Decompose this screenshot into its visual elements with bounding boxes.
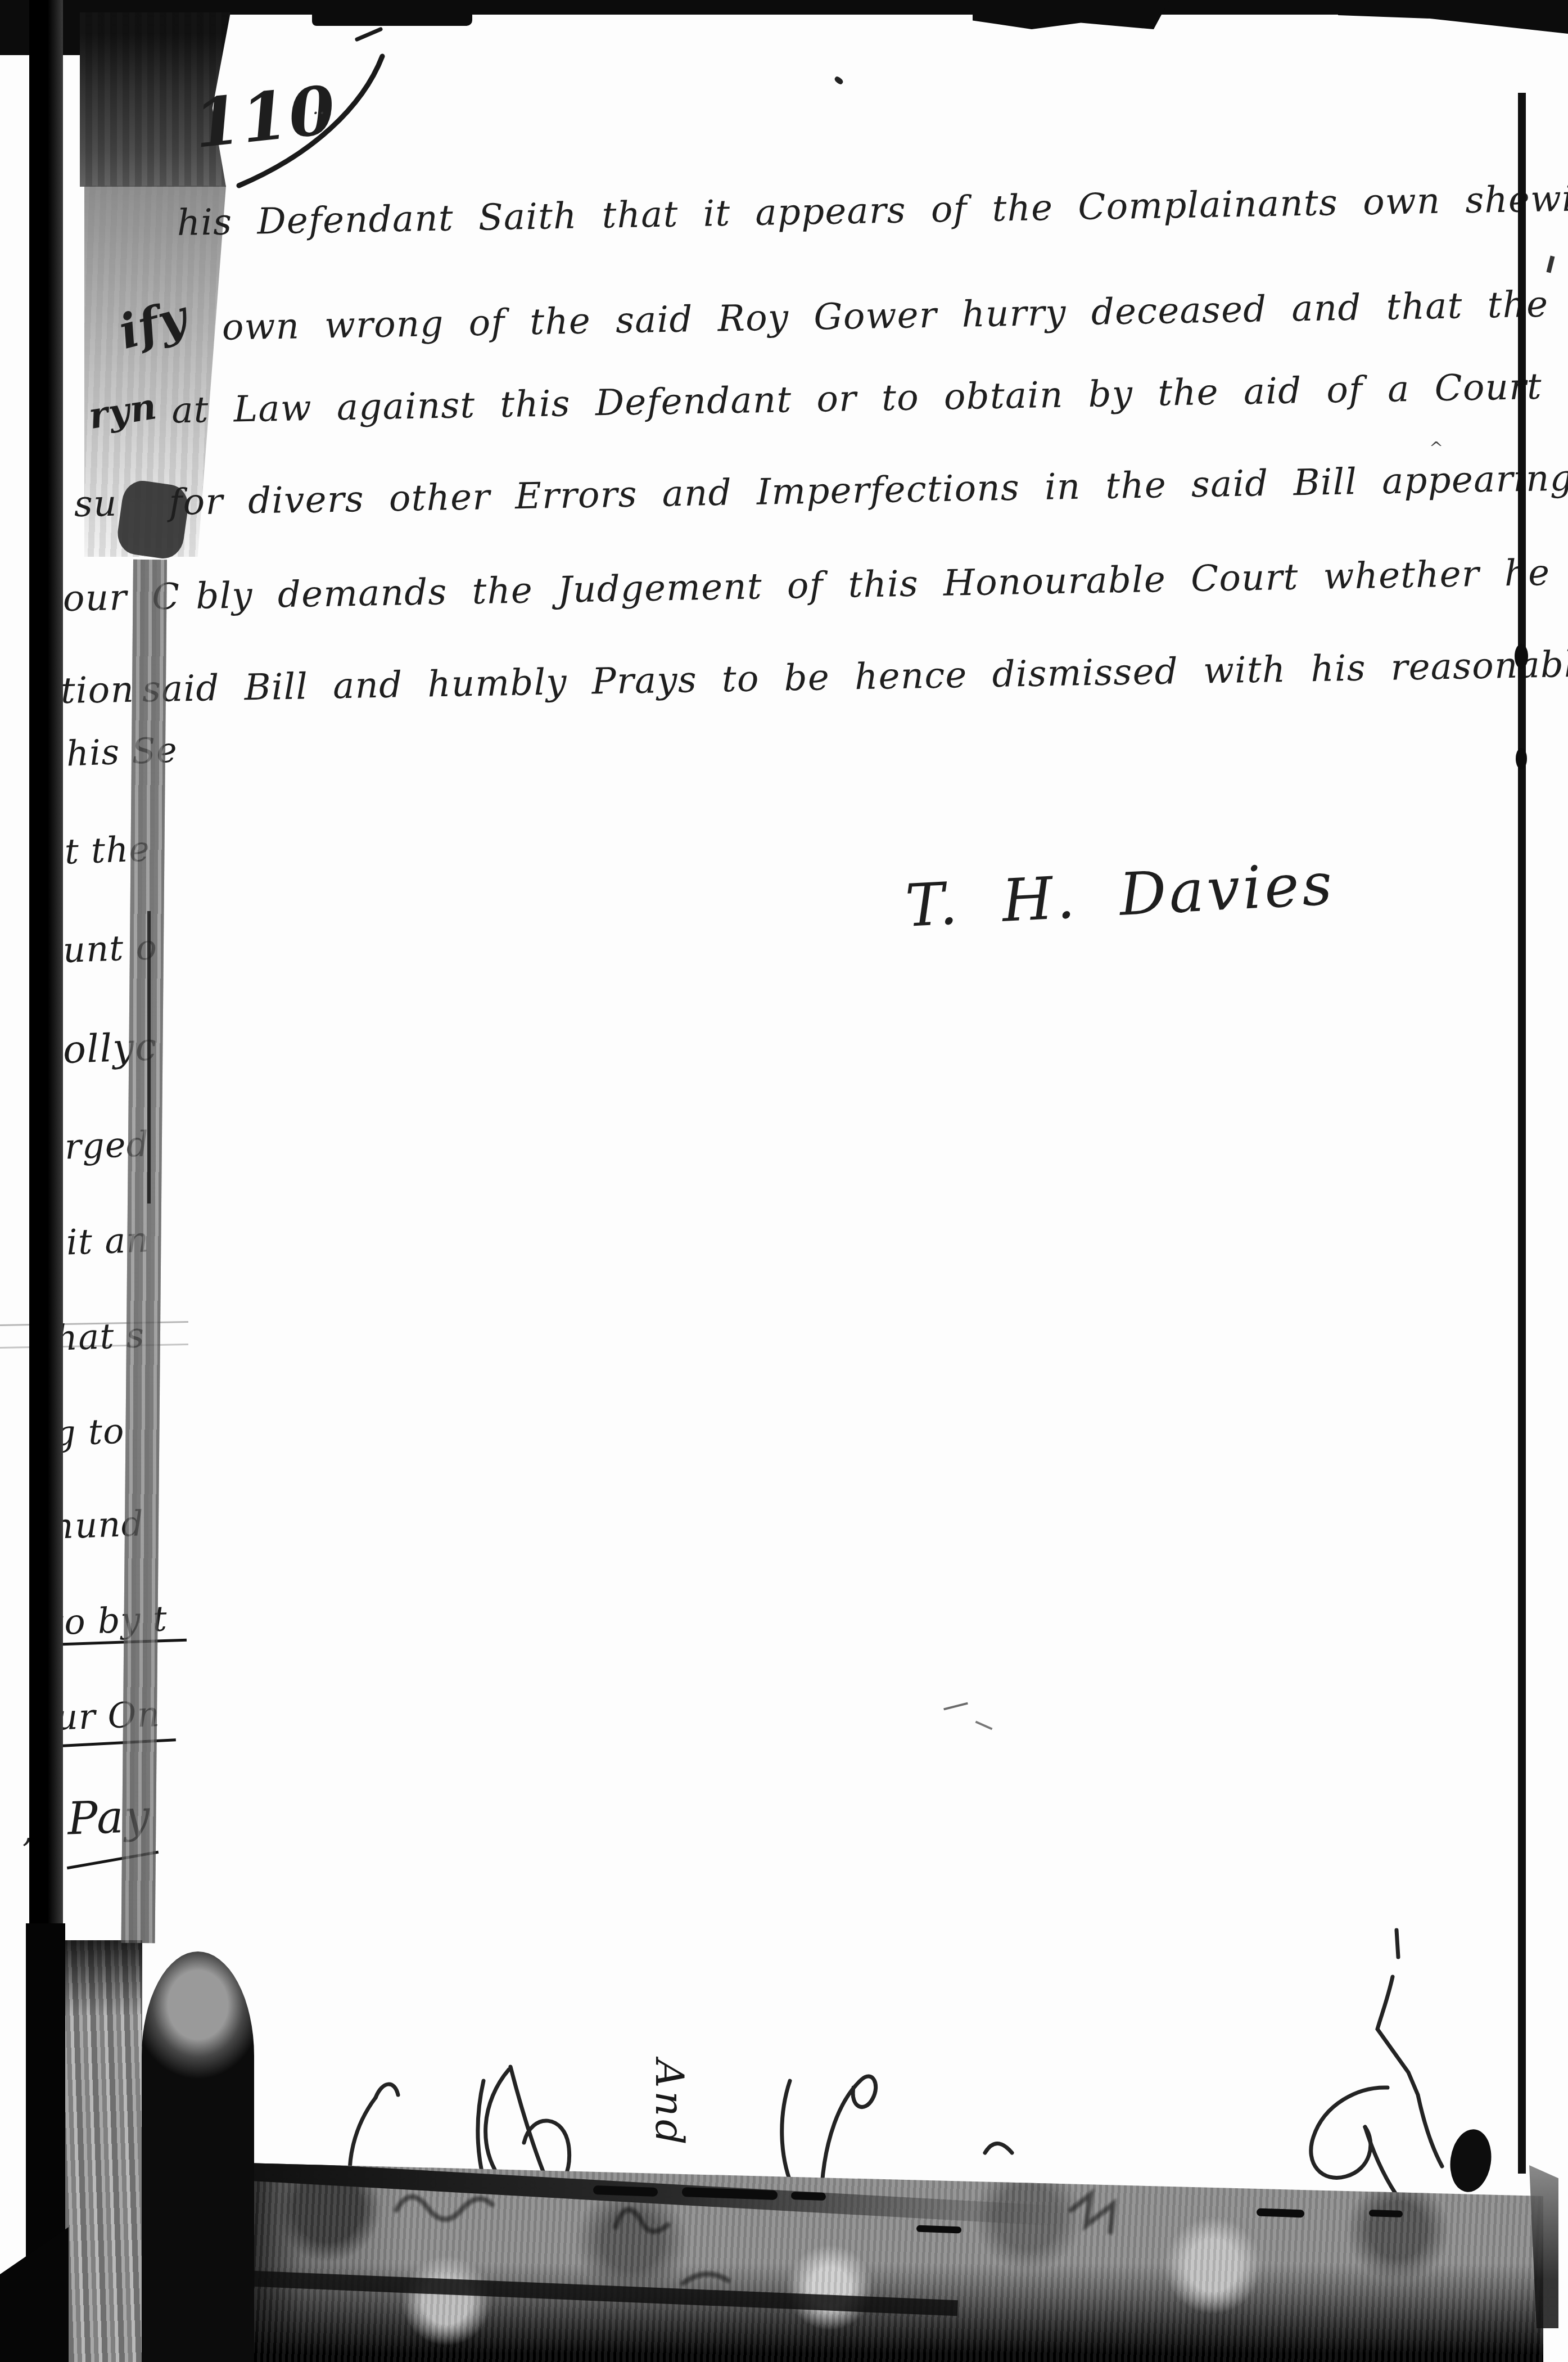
- ink-dash: [1369, 2210, 1403, 2217]
- handwriting-line-text: bly demands the Judgement of this Honour…: [196, 551, 1568, 617]
- handwriting-line-text: said Bill and humbly Prays to be hence d…: [142, 642, 1568, 710]
- scan-edge-top: [0, 0, 1568, 15]
- ink-speck: [1546, 255, 1555, 273]
- handwriting-line: sufor divers other Errors and Imperfecti…: [74, 456, 1568, 525]
- handwriting-line: tionsaid Bill and humbly Prays to be hen…: [60, 642, 1568, 712]
- pencil-tick-mark: [943, 1702, 968, 1711]
- page-number-flourish: [214, 22, 427, 202]
- ink-speck: [834, 75, 844, 85]
- page-edge-rule: [1518, 93, 1526, 2174]
- handwriting-line: rynat Law against this Defendant or to o…: [88, 363, 1568, 433]
- ink-blot: [1515, 644, 1528, 669]
- cut-off-word-and: And: [647, 2059, 693, 2148]
- handwriting-line-text: for divers other Errors and Imperfection…: [169, 456, 1568, 524]
- insertion-caret-mark: ^: [1429, 439, 1444, 458]
- ink-blot: [1516, 748, 1527, 769]
- handwriting-line-text: own wrong of the said Roy Gower hurry de…: [222, 282, 1568, 348]
- handwriting-line: our Cbly demands the Judgement of this H…: [62, 551, 1568, 620]
- handwriting-line-text: at Law against this Defendant or to obta…: [171, 363, 1568, 432]
- manuscript-scan-page: 110 ·· his Defendant Saith that it appea…: [0, 0, 1568, 2362]
- book-clamp-shape: [142, 1951, 254, 2362]
- handwriting-line-fragment: ify: [113, 289, 193, 360]
- ink-dash: [1257, 2208, 1304, 2218]
- page-fold-crack: [147, 911, 151, 1203]
- scan-edge-top-right-wedge: [1338, 0, 1568, 34]
- handwriting-line-fragment: su: [74, 483, 118, 525]
- handwriting-line: ifyown wrong of the said Roy Gower hurry…: [119, 270, 1568, 353]
- signature: T. H. Davies: [903, 849, 1336, 940]
- handwriting-line-fragment: tion: [60, 669, 134, 712]
- scan-edge-top-bump: [973, 0, 1169, 29]
- margin-fragment: g to: [53, 1410, 125, 1454]
- handwriting-line-fragment: ryn: [86, 385, 160, 438]
- pencil-tick-mark: [975, 1721, 993, 1730]
- ink-dash: [791, 2192, 826, 2201]
